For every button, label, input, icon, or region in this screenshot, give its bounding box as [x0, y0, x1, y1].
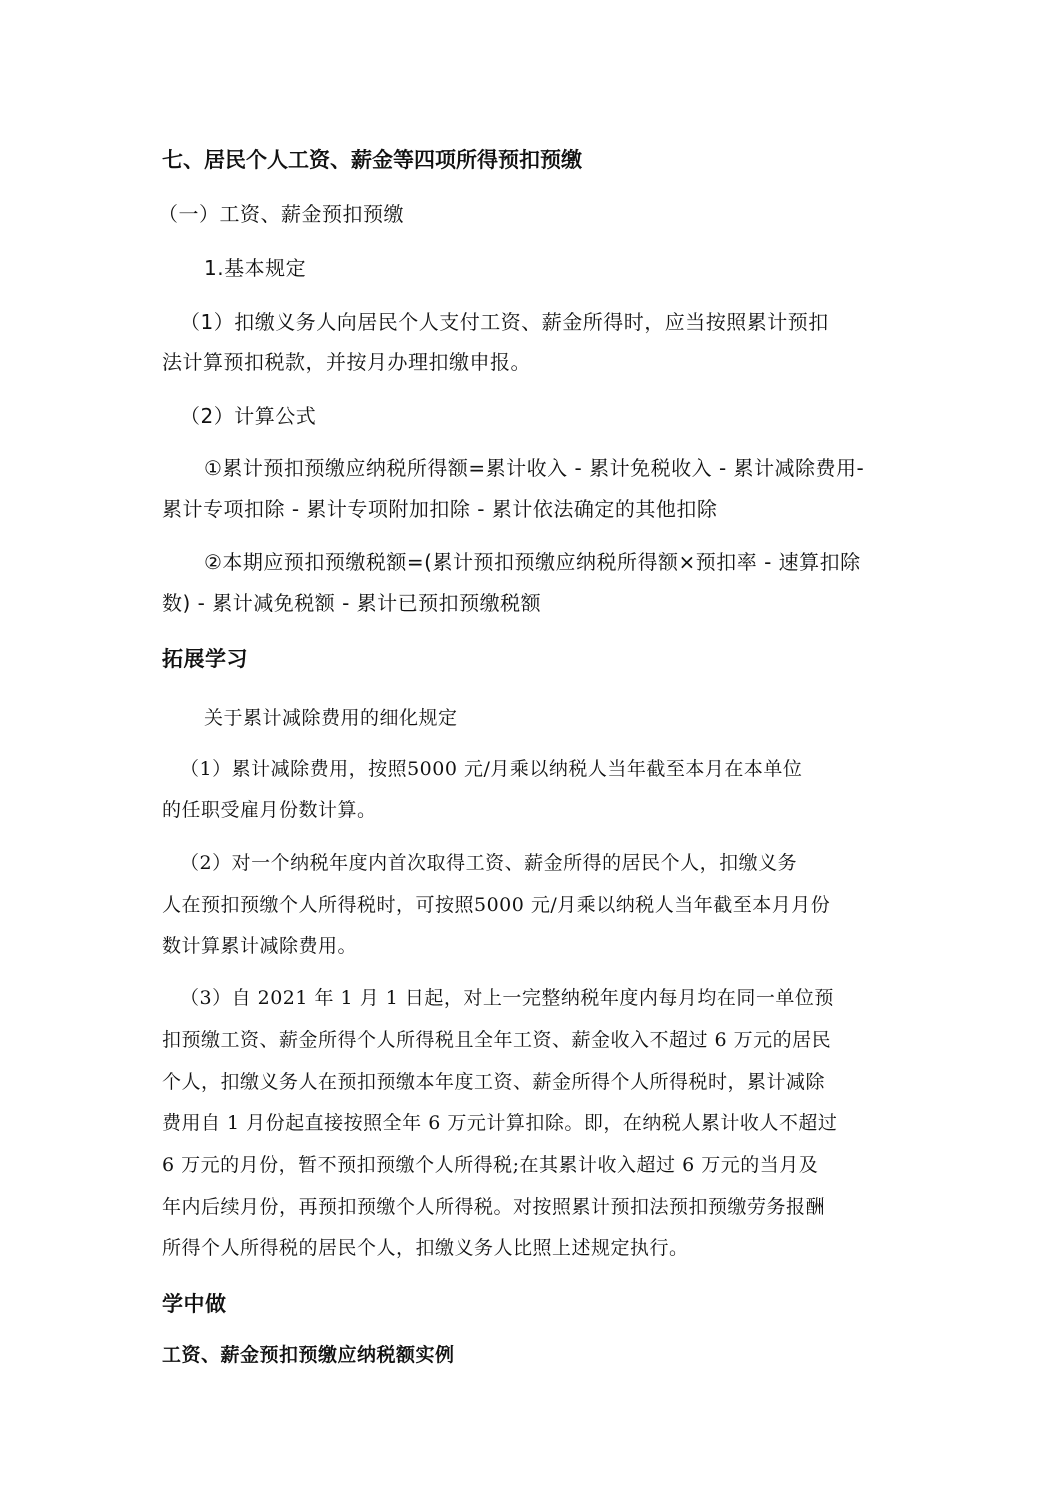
item-title: 1.基本规定	[204, 256, 306, 280]
extended-para-3-line-3: 个人，扣缴义务人在预扣预缴本年度工资、薪金所得个人所得税时，累计减除	[162, 1070, 825, 1094]
section-title: 七、居民个人工资、薪金等四项所得预扣预缴	[162, 148, 582, 172]
rule-2-title: （2）计算公式	[180, 404, 316, 428]
extended-para-1-line-2: 的任职受雇月份数计算。	[162, 798, 377, 822]
extended-para-3-line-4: 费用自 1 月份起直接按照全年 6 万元计算扣除。即，在纳税人累计收人不超过	[162, 1111, 837, 1135]
extended-para-2-line-1: （2）对一个纳税年度内首次取得工资、薪金所得的居民个人，扣缴义务	[180, 851, 797, 875]
extended-para-3-line-1: （3）自 2021 年 1 月 1 日起，对上一完整纳税年度内每月均在同一单位预	[180, 986, 834, 1010]
extended-study-subtitle: 关于累计减除费用的细化规定	[204, 706, 458, 730]
extended-para-2-line-2: 人在预扣预缴个人所得税时，可按照5000 元/月乘以纳税人当年截至本月月份	[162, 893, 830, 917]
rule-1-line-1: （1）扣缴义务人向居民个人支付工资、薪金所得时，应当按照累计预扣	[180, 310, 829, 334]
extended-para-3-line-5: 6 万元的月份，暂不预扣预缴个人所得税;在其累计收入超过 6 万元的当月及	[162, 1153, 818, 1177]
formula-2-line-2: 数) - 累计减免税额 - 累计已预扣预缴税额	[162, 591, 541, 615]
extended-para-1-line-1: （1）累计减除费用，按照5000 元/月乘以纳税人当年截至本月在本单位	[180, 757, 802, 781]
rule-1-line-2: 法计算预扣税款，并按月办理扣缴申报。	[162, 350, 531, 374]
subsection-title: （一）工资、薪金预扣预缴	[158, 202, 404, 226]
extended-para-2-line-3: 数计算累计减除费用。	[162, 934, 357, 958]
document-page: 七、居民个人工资、薪金等四项所得预扣预缴 （一）工资、薪金预扣预缴 1.基本规定…	[0, 0, 1059, 1497]
extended-para-3-line-6: 年内后续月份，再预扣预缴个人所得税。对按照累计预扣法预扣预缴劳务报酬	[162, 1195, 825, 1219]
learn-by-doing-subtitle: 工资、薪金预扣预缴应纳税额实例	[162, 1343, 455, 1367]
extended-study-heading: 拓展学习	[162, 648, 248, 672]
formula-2-line-1: ②本期应预扣预缴税额=(累计预扣预缴应纳税所得额×预扣率 - 速算扣除	[204, 550, 861, 574]
extended-para-3-line-2: 扣预缴工资、薪金所得个人所得税且全年工资、薪金收入不超过 6 万元的居民	[162, 1028, 831, 1052]
extended-para-3-line-7: 所得个人所得税的居民个人，扣缴义务人比照上述规定执行。	[162, 1236, 689, 1260]
formula-1-line-2: 累计专项扣除 - 累计专项附加扣除 - 累计依法确定的其他扣除	[162, 497, 717, 521]
formula-1-line-1: ①累计预扣预缴应纳税所得额=累计收入 - 累计免税收入 - 累计减除费用-	[204, 456, 864, 480]
learn-by-doing-heading: 学中做	[162, 1293, 227, 1317]
